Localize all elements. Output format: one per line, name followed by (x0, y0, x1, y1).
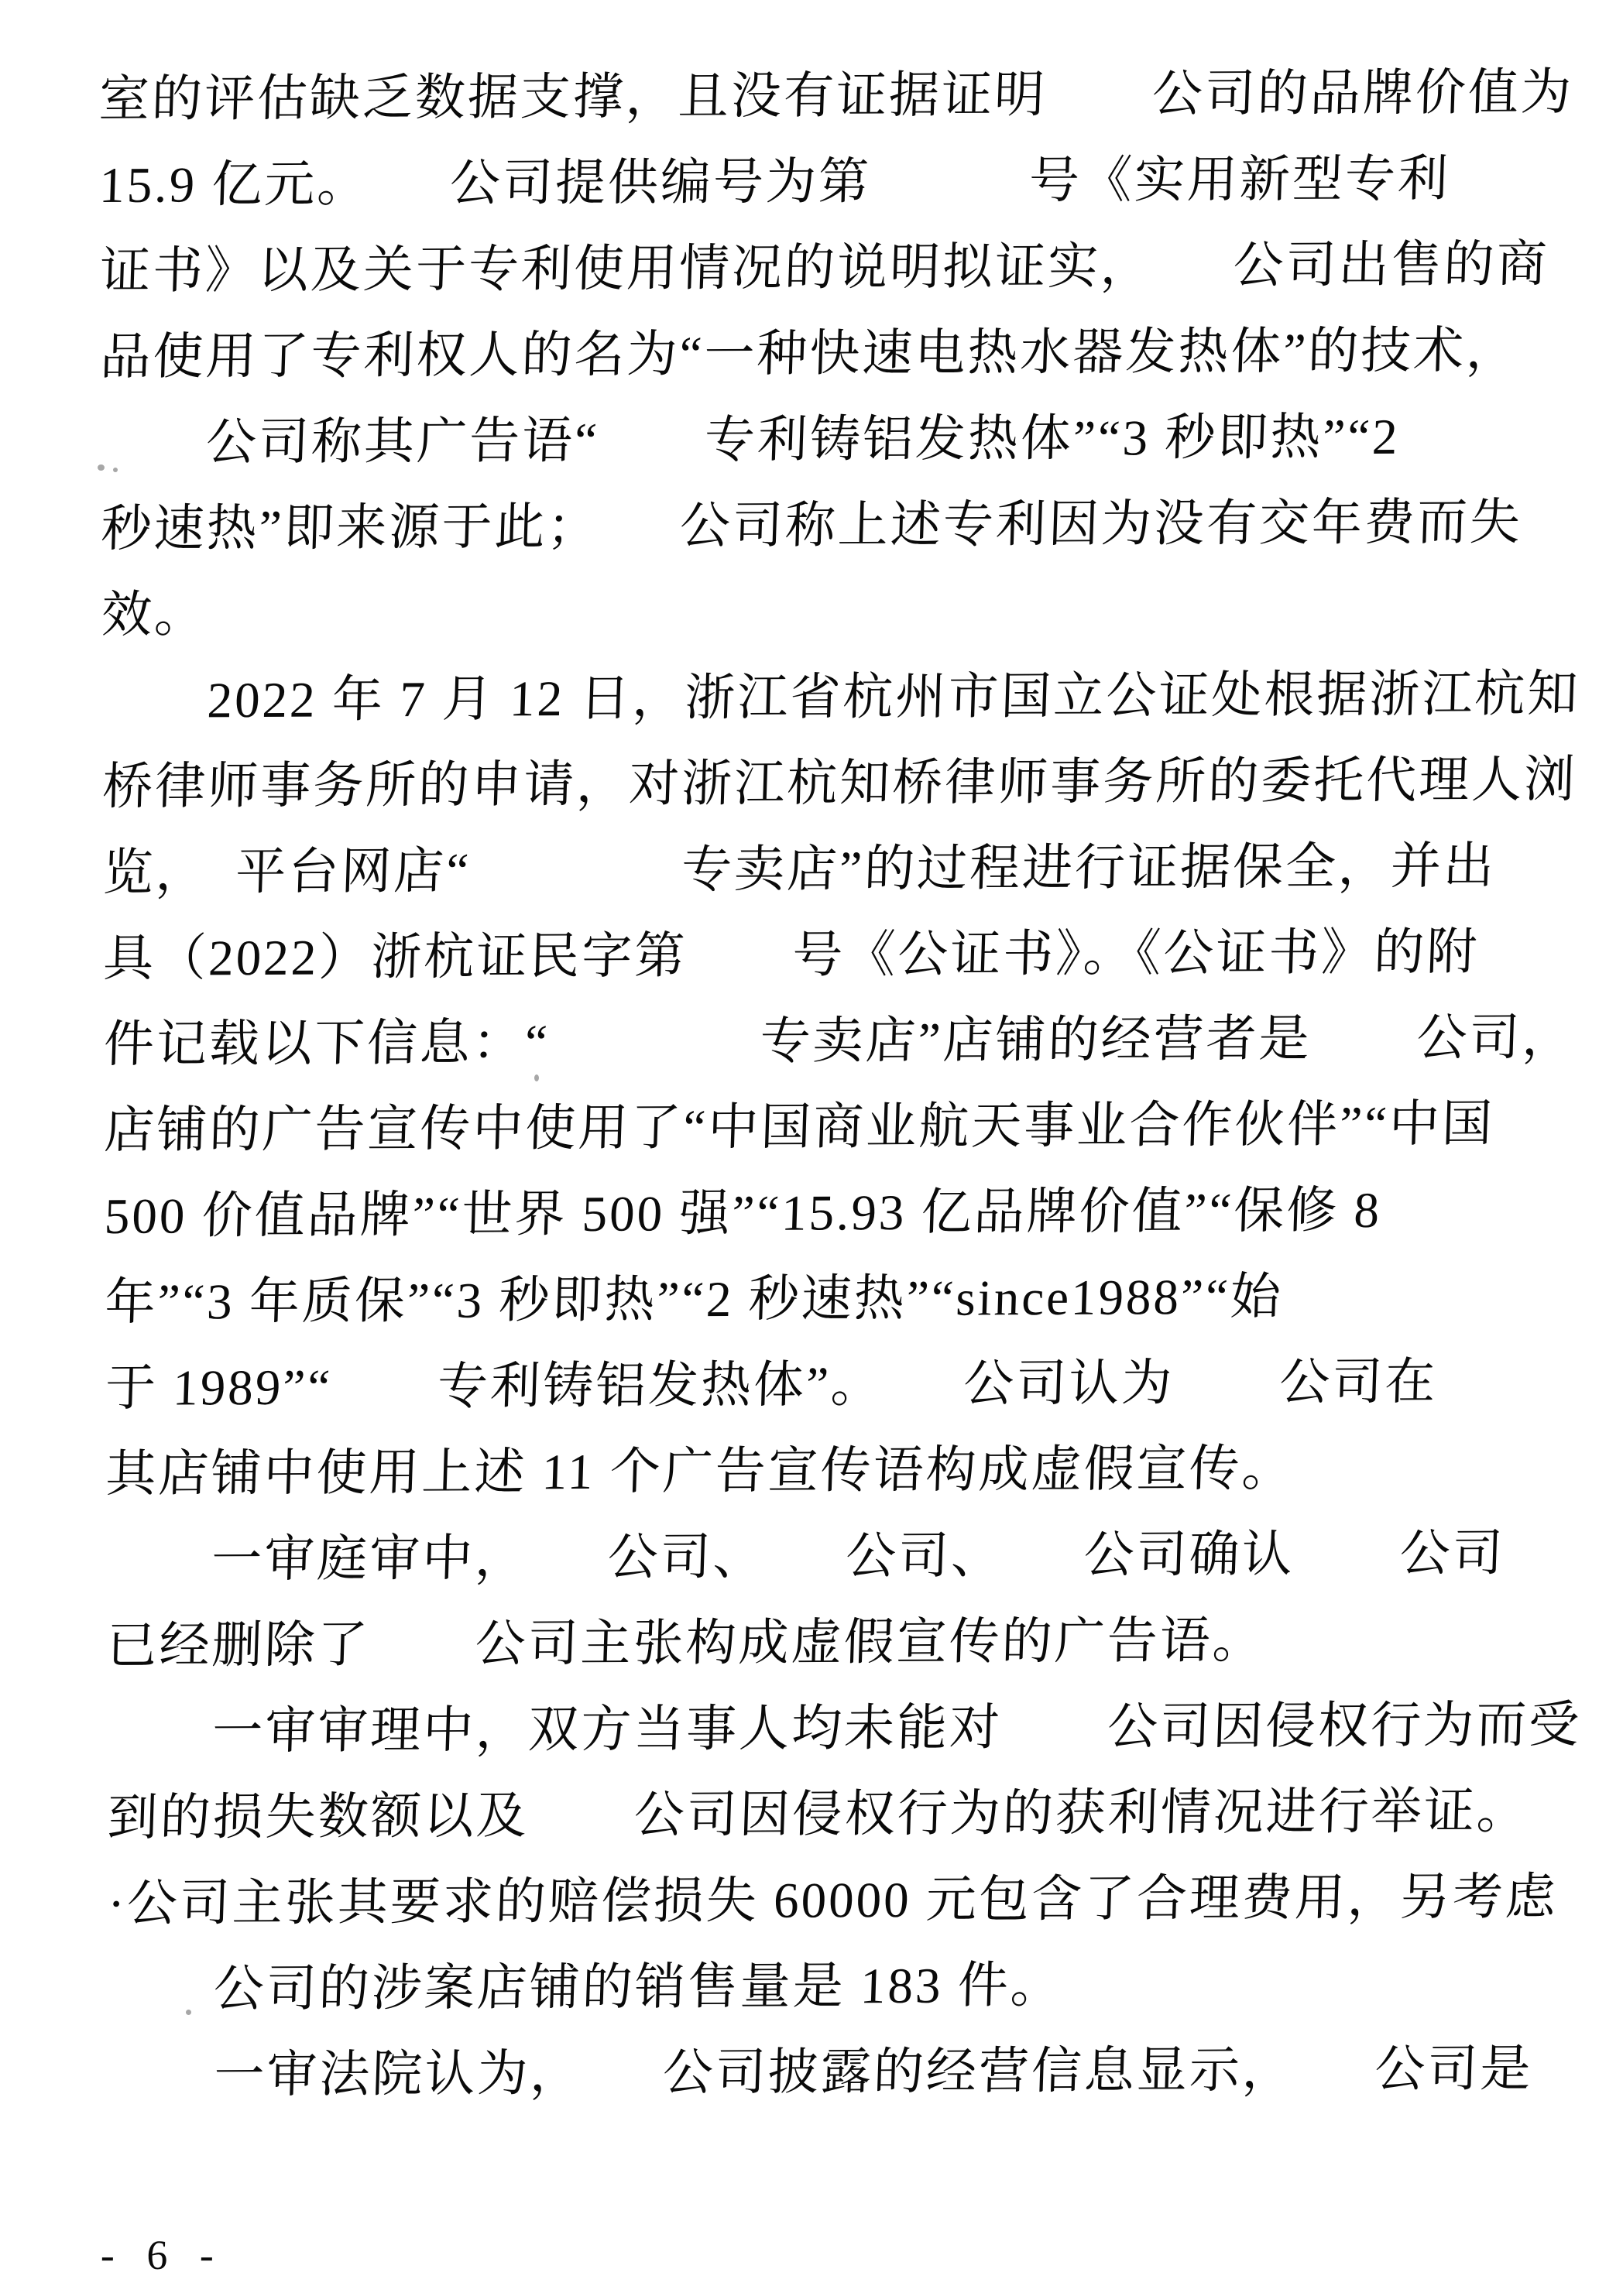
text-line: 览， 平台网店“ 专卖店”的过程进行证据保全，并出 (101, 824, 1585, 917)
text-line: 具（2022）浙杭证民字第 号《公证书》。《公证书》的附 (102, 910, 1586, 1002)
text-line: 500 价值品牌”“世界 500 强”“15.93 亿品牌价值”“保修 8 (103, 1167, 1587, 1260)
text-line: 证书》以及关于专利使用情况的说明拟证实， 公司出售的商 (98, 222, 1582, 315)
scan-speck (98, 464, 105, 471)
scan-speck (113, 468, 118, 472)
scan-speck (186, 2010, 191, 2015)
text-line: 一审庭审中， 公司、 公司、 公司确认 公司 (105, 1511, 1588, 1604)
text-line: 到的损失数额以及 公司因侵权行为的获利情况进行举证。 (106, 1769, 1590, 1862)
text-line: 效。 (100, 566, 1584, 659)
text-line: 已经删除了 公司主张构成虚假宣传的广告语。 (105, 1597, 1589, 1690)
text-line: 于 1989”“ 专利铸铝发热体”。 公司认为 公司在 (104, 1339, 1587, 1432)
text-line: 一审审理中，双方当事人均未能对 公司因侵权行为而受 (105, 1683, 1589, 1776)
scanned-document-page: 室的评估缺乏数据支撑，且没有证据证明 公司的品牌价值为15.9 亿元。 公司提供… (0, 0, 1623, 2296)
text-line: 公司的涉案店铺的销售量是 183 件。 (107, 1941, 1590, 2034)
text-line: 品使用了专利权人的名为“一种快速电热水器发热体”的技术， (99, 308, 1583, 401)
page-number: - 6 - (100, 2231, 225, 2279)
text-line: 桥律师事务所的申请，对浙江杭知桥律师事务所的委托代理人浏 (101, 738, 1584, 831)
text-line: 公司称其广告语“ 专利铸铝发热体”“3 秒即热”“2 (99, 394, 1583, 487)
text-line: 件记载以下信息：“ 专卖店”店铺的经营者是 公司， (102, 996, 1586, 1088)
text-line: 年”“3 年质保”“3 秒即热”“2 秒速热”“since1988”“始 (104, 1253, 1587, 1346)
scan-speck (534, 1074, 539, 1081)
text-line: 其店铺中使用上述 11 个广告宣传语构成虚假宣传。 (105, 1425, 1588, 1518)
text-line: 15.9 亿元。 公司提供编号为第 号《实用新型专利 (98, 136, 1582, 229)
text-line: 2022 年 7 月 12 日，浙江省杭州市国立公证处根据浙江杭知 (101, 652, 1584, 745)
text-line: 秒速热”即来源于此； 公司称上述专利因为没有交年费而失 (100, 480, 1584, 573)
text-line: ·公司主张其要求的赔偿损失 60000 元包含了合理费用，另考虑 (107, 1855, 1590, 1948)
text-line: 一审法院认为， 公司披露的经营信息显示， 公司是 (108, 2027, 1591, 2120)
text-line: 店铺的广告宣传中使用了“中国商业航天事业合作伙伴”“中国 (103, 1081, 1587, 1174)
text-line: 室的评估缺乏数据支撑，且没有证据证明 公司的品牌价值为 (98, 50, 1581, 143)
document-body: 室的评估缺乏数据支撑，且没有证据证明 公司的品牌价值为15.9 亿元。 公司提供… (98, 50, 1588, 2120)
